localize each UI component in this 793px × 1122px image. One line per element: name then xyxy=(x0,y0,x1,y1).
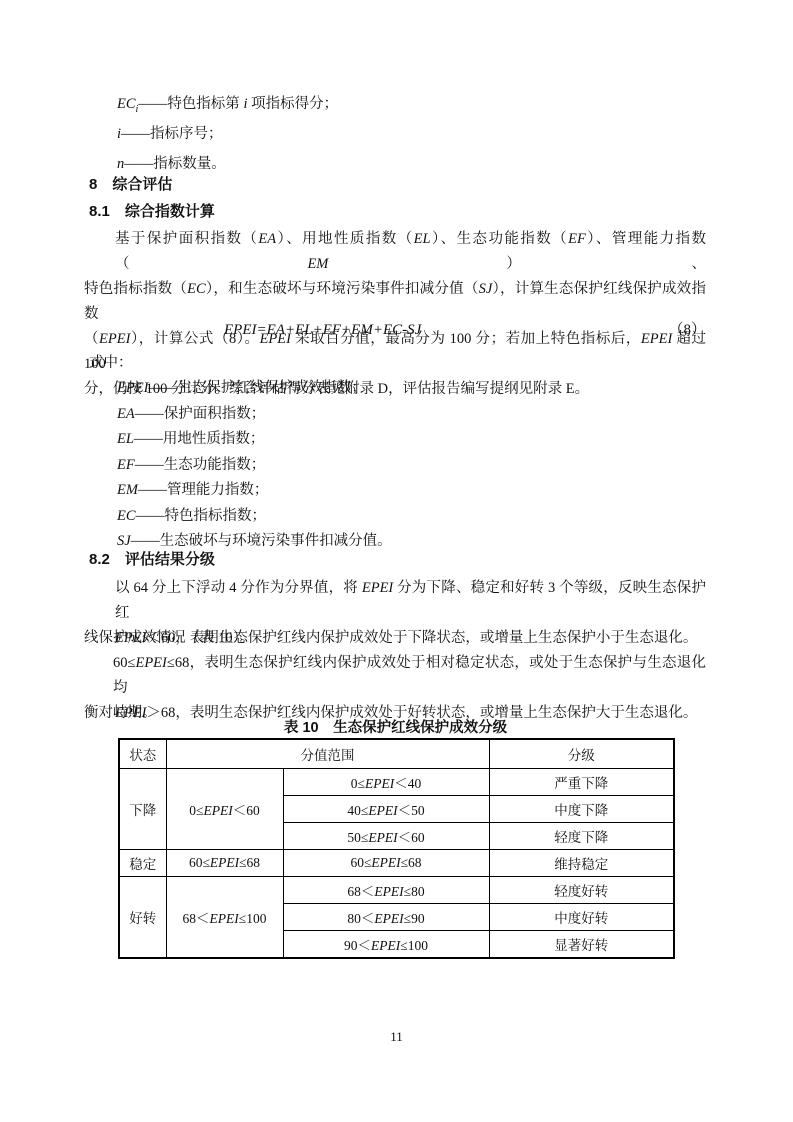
document-page: ECi——特色指标第 i 项指标得分； i——指标序号； n——指标数量。 8 … xyxy=(0,0,793,1122)
cell-grade-mild-decline: 轻度下降 xyxy=(489,823,674,850)
cell-grade-mild-improve: 轻度好转 xyxy=(489,877,674,904)
table-10-grading: 状态 分值范围 分级 下降 0≤EPEI＜60 0≤EPEI＜40 严重下降 4… xyxy=(118,738,675,959)
cell-grade-moderate-improve: 中度好转 xyxy=(489,904,674,931)
symbol-def-ea: EA——保护面积指数； xyxy=(117,402,392,428)
cell-subrange-40-50: 40≤EPEI＜50 xyxy=(283,796,489,823)
cell-status-decline: 下降 xyxy=(119,769,166,850)
symbol-def-ef: EF——生态功能指数； xyxy=(117,453,392,479)
cell-grade-moderate-decline: 中度下降 xyxy=(489,796,674,823)
symbol-def-eci: ECi——特色指标第 i 项指标得分； xyxy=(117,92,338,122)
table-header-status: 状态 xyxy=(119,739,166,769)
cell-subrange-90-100: 90＜EPEI≤100 xyxy=(283,931,489,959)
paragraph-epei-below-60: EPEI＜60，表明生态保护红线内保护成效处于下降状态，或增量上生态保护小于生态… xyxy=(84,626,706,651)
cell-status-stable: 稳定 xyxy=(119,850,166,877)
cell-status-improve: 好转 xyxy=(119,877,166,959)
table-row: 稳定 60≤EPEI≤68 60≤EPEI≤68 维持稳定 xyxy=(119,850,674,877)
paragraph-8-2-intro-line-1: 以 64 分上下浮动 4 分作为分界值，将 EPEI 分为下降、稳定和好转 3 … xyxy=(84,576,706,626)
paragraph-8-1-line-1: 基于保护面积指数（EA）、用地性质指数（EL）、生态功能指数（EF）、管理能力指… xyxy=(84,227,706,277)
symbol-def-n: n——指标数量。 xyxy=(117,152,226,177)
equation-8-number: （8） xyxy=(668,321,706,339)
paragraph-epei-below-60-line: EPEI＜60，表明生态保护红线内保护成效处于下降状态，或增量上生态保护小于生态… xyxy=(84,626,706,651)
equation-8-body: EPEI=EA+EL+EF+EM+EC-SJ xyxy=(224,321,421,339)
table-row: 下降 0≤EPEI＜60 0≤EPEI＜40 严重下降 xyxy=(119,769,674,796)
heading-8: 8 综合评估 xyxy=(89,175,172,195)
cell-subrange-80-90: 80＜EPEI≤90 xyxy=(283,904,489,931)
cell-subrange-0-40: 0≤EPEI＜40 xyxy=(283,769,489,796)
heading-8-2: 8.2 评估结果分级 xyxy=(89,550,215,570)
cell-grade-severe-decline: 严重下降 xyxy=(489,769,674,796)
cell-subrange-68-80: 68＜EPEI≤80 xyxy=(283,877,489,904)
equation-8: EPEI=EA+EL+EF+EM+EC-SJ （8） xyxy=(84,321,706,341)
cell-subrange-60-68: 60≤EPEI≤68 xyxy=(283,850,489,877)
symbol-def-i: i——指标序号； xyxy=(117,122,223,147)
cell-range-decline: 0≤EPEI＜60 xyxy=(166,769,283,850)
symbol-eci-term: EC xyxy=(117,96,136,112)
symbol-def-ec: EC——特色指标指数； xyxy=(117,504,392,530)
cell-range-improve: 68＜EPEI≤100 xyxy=(166,877,283,959)
cell-grade-stable: 维持稳定 xyxy=(489,850,674,877)
paragraph-8-1-line-2: 特色指标指数（EC），和生态破坏与环境污染事件扣减分值（SJ），计算生态保护红线… xyxy=(84,277,706,327)
table-header-row: 状态 分值范围 分级 xyxy=(119,739,674,769)
table-10-title: 表 10 生态保护红线保护成效分级 xyxy=(118,720,673,737)
table-header-range: 分值范围 xyxy=(166,739,489,769)
symbol-eci-desc: ——特色指标第 i 项指标得分； xyxy=(138,96,338,112)
table-header-grade: 分级 xyxy=(489,739,674,769)
cell-subrange-50-60: 50≤EPEI＜60 xyxy=(283,823,489,850)
cell-range-stable: 60≤EPEI≤68 xyxy=(166,850,283,877)
page-number: 11 xyxy=(0,1029,793,1045)
table-row: 好转 68＜EPEI≤100 68＜EPEI≤80 轻度好转 xyxy=(119,877,674,904)
symbol-def-epei: EPEI——生态保护红线保护成效指数； xyxy=(117,376,392,402)
symbol-def-el: EL——用地性质指数； xyxy=(117,427,392,453)
heading-8-1: 8.1 综合指数计算 xyxy=(89,202,215,222)
symbol-definitions: EPEI——生态保护红线保护成效指数； EA——保护面积指数； EL——用地性质… xyxy=(117,376,392,555)
cell-grade-significant-improve: 显著好转 xyxy=(489,931,674,959)
paragraph-epei-60-68-line-1: 60≤EPEI≤68，表明生态保护红线内保护成效处于相对稳定状态，或处于生态保护… xyxy=(84,651,706,701)
symbol-def-em: EM——管理能力指数； xyxy=(117,478,392,504)
where-label: 式中： xyxy=(89,351,133,376)
